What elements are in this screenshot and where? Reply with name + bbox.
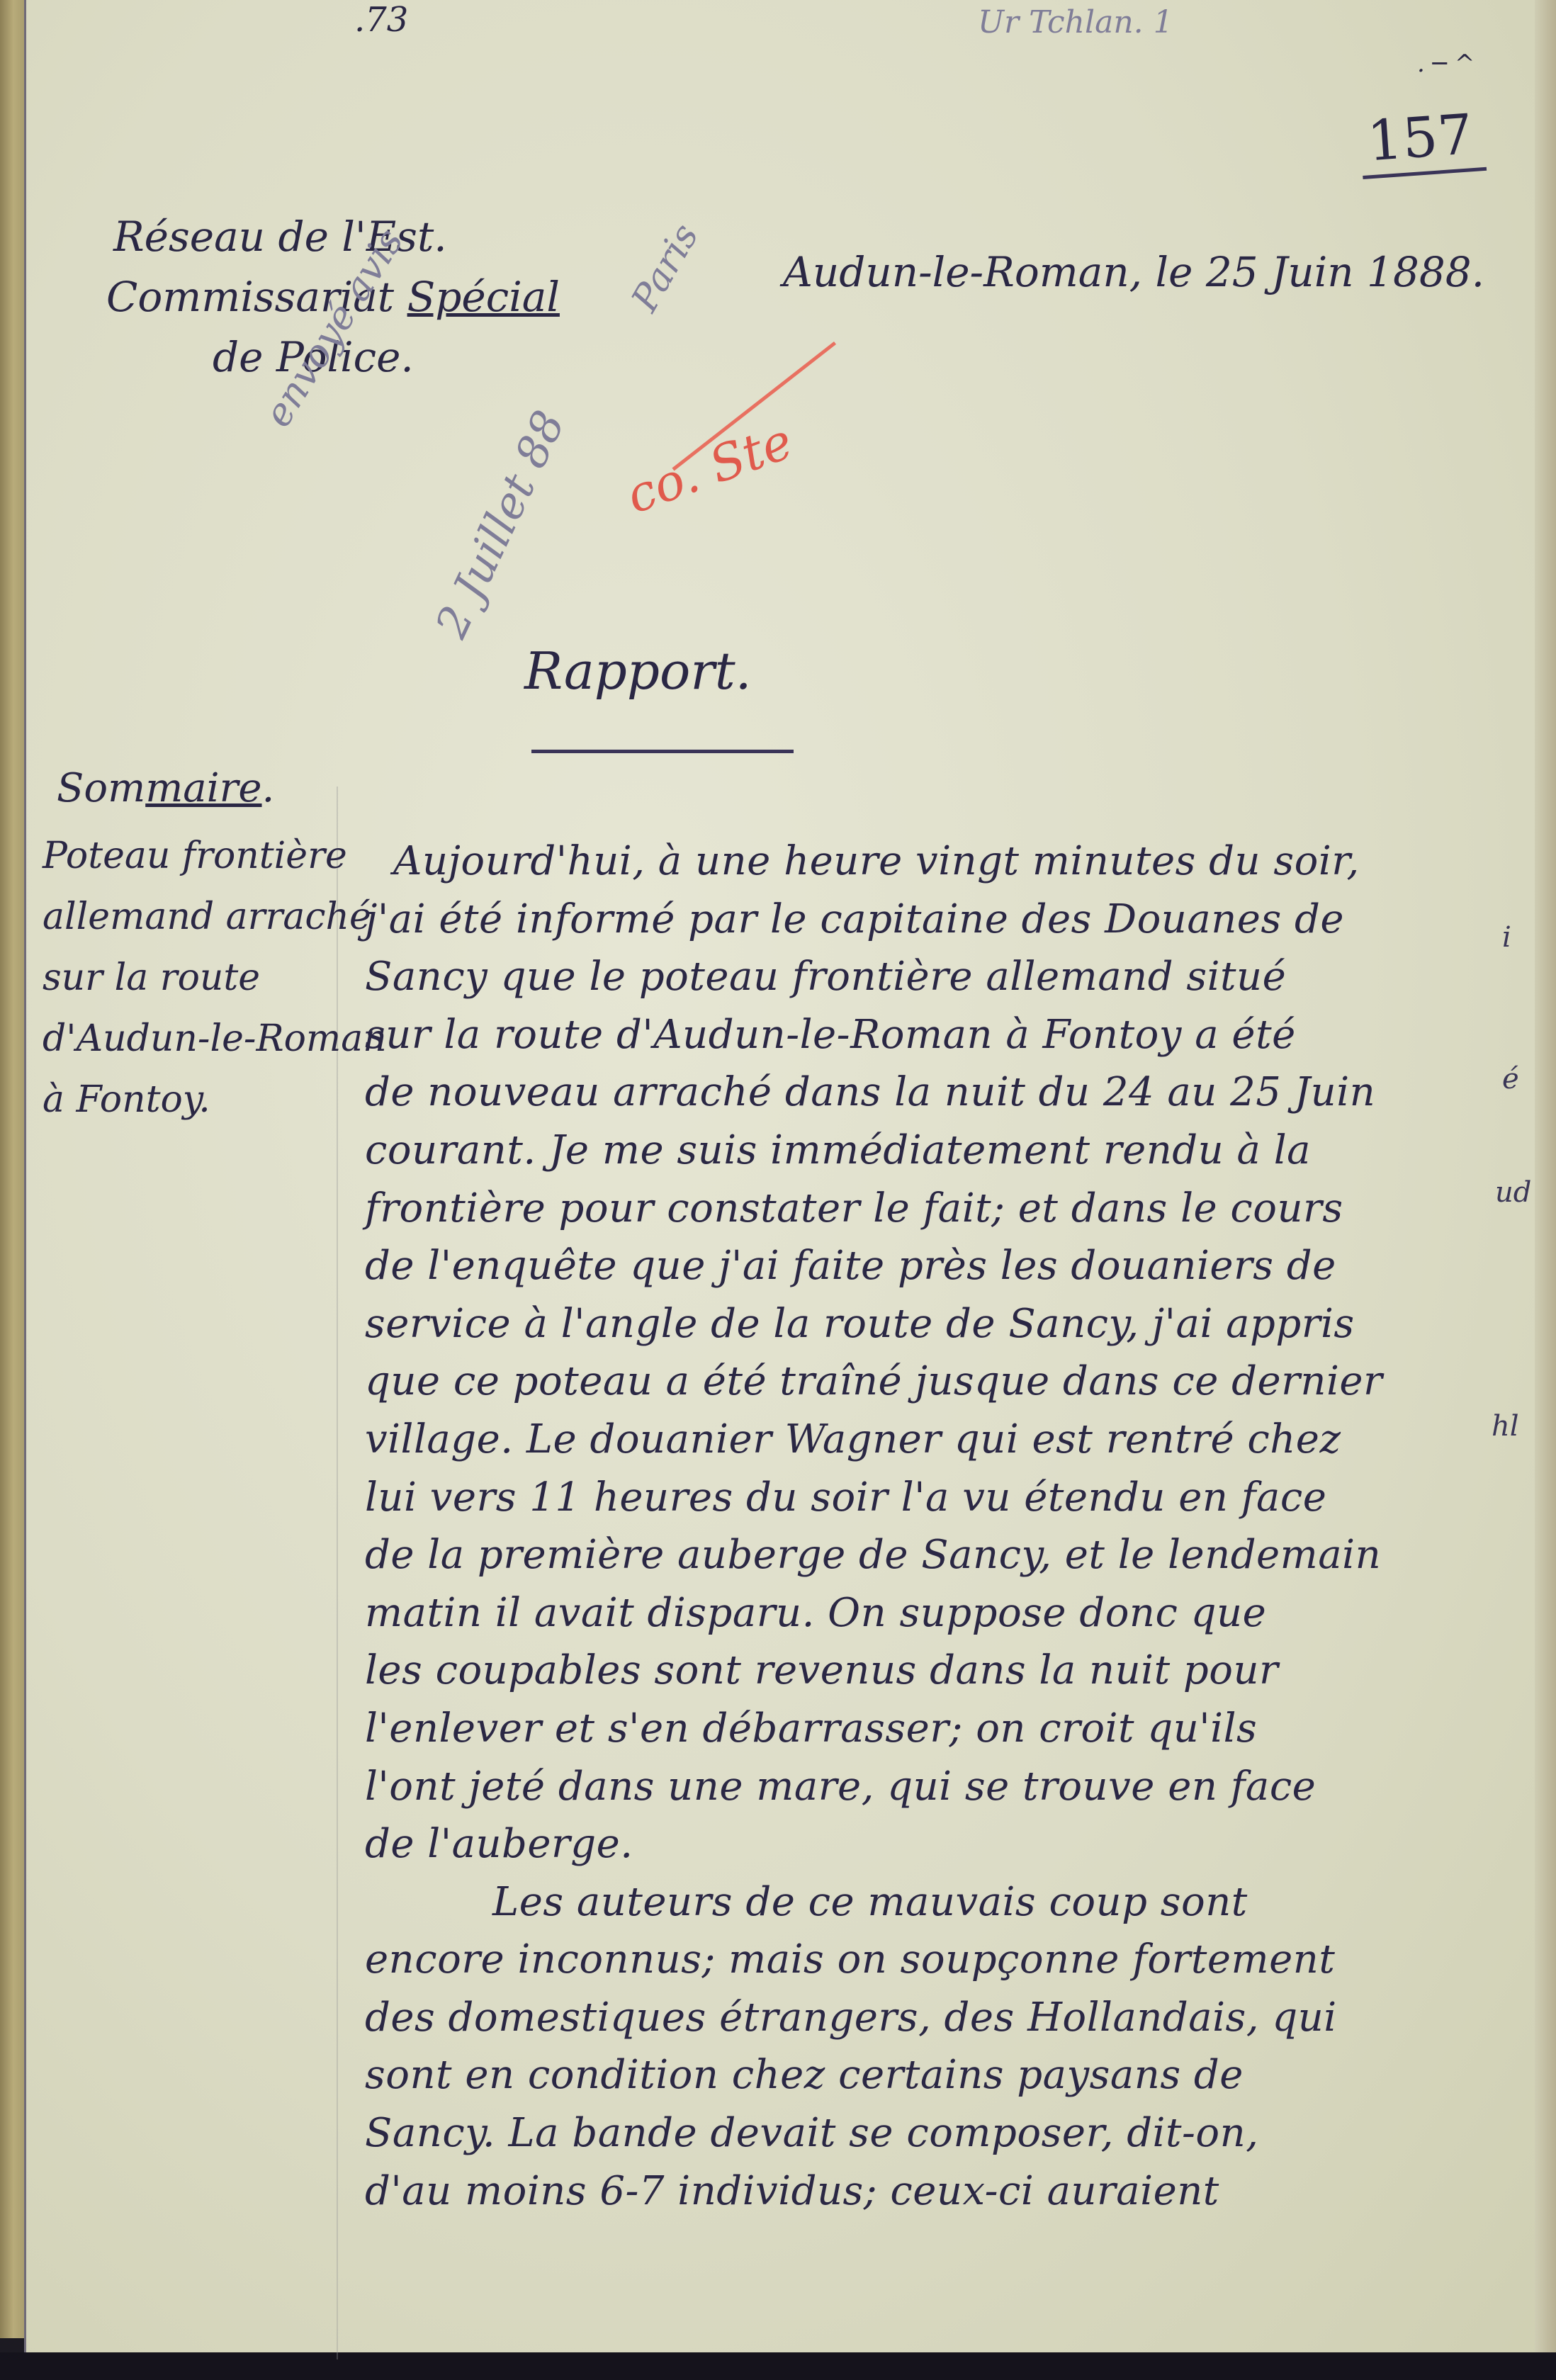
sommaire-heading-prefix: Som — [57, 765, 145, 811]
top-left-scribble: .73 — [354, 0, 408, 40]
body-line: de la première auberge de Sancy, et le l… — [365, 1526, 1499, 1584]
right-margin-fragment: é — [1502, 1063, 1519, 1095]
sommaire-line: sur la route — [43, 947, 387, 1008]
book-binding-edge — [0, 0, 27, 2338]
body-line: sur la route d'Audun-le-Roman à Fontoy a… — [365, 1006, 1499, 1064]
top-right-scribble: Ur Tchlan. 1 — [978, 4, 1173, 40]
page-right-edge — [1535, 0, 1556, 2380]
bottom-shadow — [0, 2352, 1556, 2380]
body-line: de l'auberge. — [365, 1815, 1499, 1873]
body-line: encore inconnus; mais on soupçonne forte… — [365, 1931, 1499, 1989]
sommaire-line: d'Audun-le-Roman — [43, 1008, 387, 1069]
sommaire-heading-underlined: maire — [145, 765, 261, 811]
top-corner-mark: . ─ ^ — [1417, 50, 1475, 78]
body-line: l'ont jeté dans une mare, qui se trouve … — [365, 1758, 1499, 1816]
sommaire-line: allemand arraché — [43, 886, 387, 947]
sommaire-heading-suffix: . — [262, 765, 275, 811]
body-line: courant. Je me suis immédiatement rendu … — [365, 1122, 1499, 1180]
body-line: village. Le douanier Wagner qui est rent… — [365, 1411, 1499, 1469]
body-line: matin il avait disparu. On suppose donc … — [365, 1584, 1499, 1642]
body-line: l'enlever et s'en débarrasser; on croit … — [365, 1700, 1499, 1758]
sommaire-heading: Sommaire. — [57, 765, 274, 811]
body-line: lui vers 11 heures du soir l'a vu étendu… — [365, 1469, 1499, 1527]
body-line: les coupables sont revenus dans la nuit … — [365, 1642, 1499, 1700]
title-underline — [531, 750, 794, 753]
right-margin-fragment: ud — [1495, 1176, 1531, 1209]
body-line: service à l'angle de la route de Sancy, … — [365, 1295, 1499, 1353]
body-line: de nouveau arraché dans la nuit du 24 au… — [365, 1064, 1499, 1122]
sommaire-line: à Fontoy. — [43, 1069, 387, 1130]
report-body: Aujourd'hui, à une heure vingt minutes d… — [365, 833, 1499, 2220]
body-line: sont en condition chez certains paysans … — [365, 2046, 1499, 2104]
header-line-2-underlined: Spécial — [407, 273, 560, 321]
body-line: d'au moins 6-7 individus; ceux-ci auraie… — [365, 2162, 1499, 2221]
body-line: frontière pour constater le fait; et dan… — [365, 1180, 1499, 1238]
body-line: de l'enquête que j'ai faite près les dou… — [365, 1237, 1499, 1295]
place-date: Audun-le-Roman, le 25 Juin 1888. — [783, 248, 1484, 296]
right-margin-fragment: i — [1502, 921, 1511, 954]
body-line: Sancy. La bande devait se composer, dit-… — [365, 2104, 1499, 2162]
body-line: Les auteurs de ce mauvais coup sont — [365, 1873, 1499, 1931]
body-line: Aujourd'hui, à une heure vingt minutes d… — [365, 833, 1499, 891]
sommaire-line: Poteau frontière — [43, 825, 387, 886]
body-line: Sancy que le poteau frontière allemand s… — [365, 948, 1499, 1006]
folio-number: 157 — [1358, 102, 1487, 179]
body-line: j'ai été informé par le capitaine des Do… — [365, 891, 1499, 949]
body-line: des domestiques étrangers, des Hollandai… — [365, 1989, 1499, 2047]
report-title: Rapport. — [524, 641, 752, 701]
sommaire-block: Poteau frontière allemand arraché sur la… — [43, 825, 387, 1130]
body-line: que ce poteau a été traîné jusque dans c… — [365, 1353, 1499, 1411]
right-margin-fragment: hl — [1492, 1410, 1519, 1443]
